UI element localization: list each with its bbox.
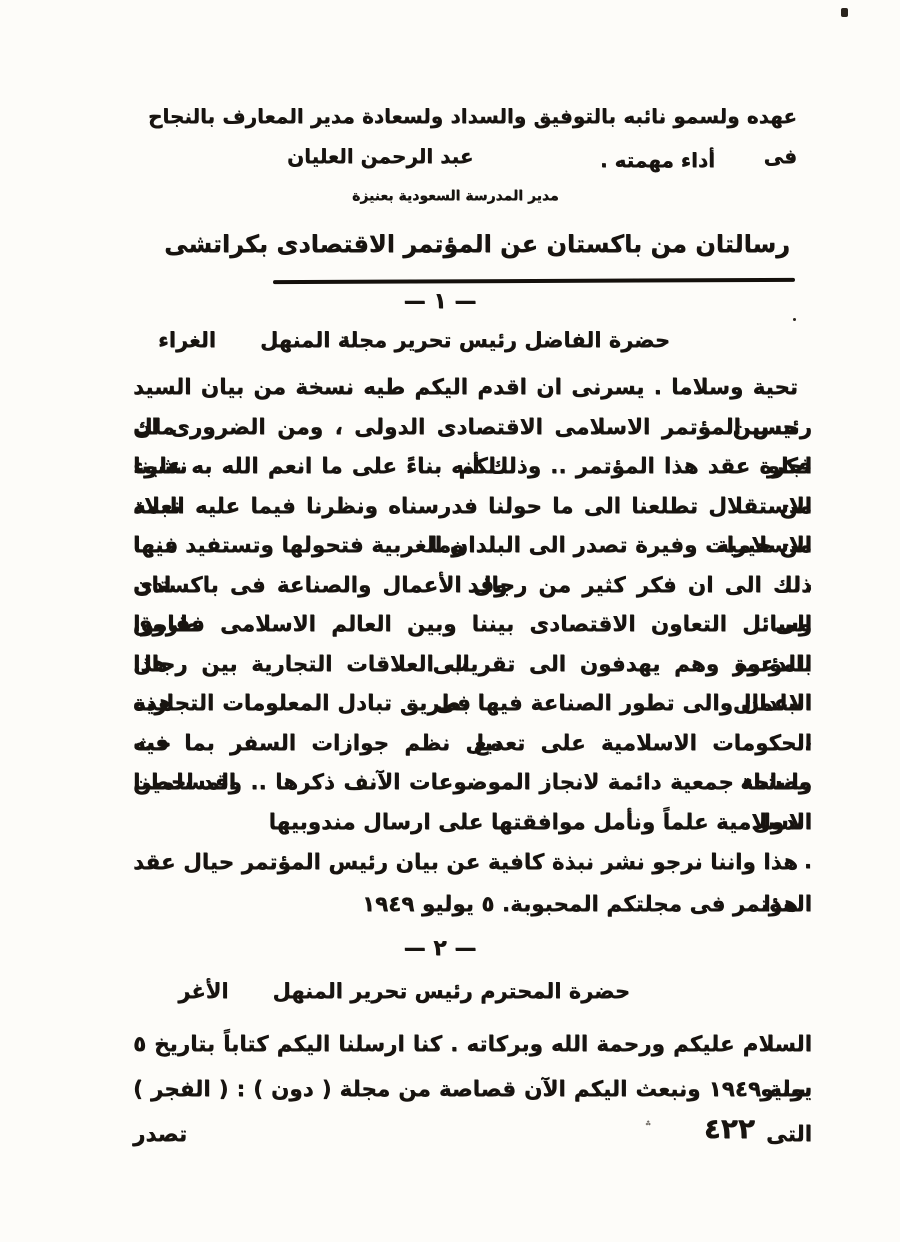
letter-2-salutation-main: حضرة المحترم رئيس تحرير المنهل [273,979,630,1003]
letter-2-body-line: سنة ١٩٤٩ ونبعث اليكم الآن قصاصة من مجلة … [133,1067,812,1112]
title-underline [273,278,795,284]
letter-1-date-line: المؤتمر فى مجلتكم المحبوبة. ٥ يوليو ١٩٤٩ [133,884,812,926]
letter-1-body-line: تحية وسلاما . يسرنى ان اقدم اليكم طيه نس… [133,368,812,408]
letter-1-salutation: حضرة الفاضل رئيس تحرير مجلة المنهلالغراء [158,328,670,352]
signature-name: عبد الرحمن العليان [287,144,474,168]
scan-speckle [841,8,848,17]
scan-ink-marks: ؞ [644,1120,652,1135]
signature-role: مدير المدرسة السعودية بعنيزة [352,188,559,204]
scanned-document-page: عهده ولسمو نائبه بالتوفيق والسداد ولسعاد… [0,0,900,1242]
letter-1-body-line: الحكومات الاسلامية على تعديل نظم جوازات … [133,724,812,764]
letter-1-body-line: رئيس المؤتمر الاسلامى الاقتصادى الدولى ،… [133,408,812,448]
scan-speckle [793,318,796,321]
letter-1-body-line: المؤتمر وهم يهدفون الى تقريب العلاقات ال… [133,645,812,685]
letter-2-body: السلام عليكم ورحمة الله وبركاته . كنا ار… [133,1022,812,1112]
letter-1-body: تحية وسلاما . يسرنى ان اقدم اليكم طيه نس… [133,368,812,842]
section-1-marker: — ١ — [100,289,780,314]
letter-1-body-line: الاستقلال تطلعنا الى ما حولنا فدرسناه ون… [133,487,812,527]
letter-1-body-line: البلدان والى تطور الصناعة فيها بطريق تبا… [133,684,812,724]
letter-1-body-line: الاسلامية علماً ونأمل موافقتها على ارسال… [133,803,812,843]
scan-speckle [344,336,348,340]
letter-1-body-line: ذلك الى ان فكر كثير من رجال الأعمال والص… [133,566,812,606]
letter-1-salutation-main: حضرة الفاضل رئيس تحرير مجلة المنهل [260,328,670,352]
page-number: ٤٢٢ [704,1112,755,1145]
section-2-marker: — ٢ — [100,936,780,961]
letter-1-body-line: وانشاء جمعية دائمة لانجاز الموضوعات الآن… [133,763,812,803]
previous-article-closing-continuation: أداء مهمته . [600,148,715,172]
letter-1-body-line: فكرة عقد هذا المؤتمر .. وذلك أنه بناءً ع… [133,447,812,487]
letter-1-body-line: من خيرات وفيرة تصدر الى البلدان الغربية … [133,526,812,566]
letter-2-salutation-honorific: الأغر [178,979,228,1003]
letter-2-body-line: السلام عليكم ورحمة الله وبركاته . كنا ار… [133,1022,812,1067]
article-title: رسالتان من باكستان عن المؤتمر الاقتصادى … [164,230,790,258]
letter-2-salutation: حضرة المحترم رئيس تحرير المنهلالأغر [178,979,630,1003]
letter-1-salutation-honorific: الغراء [158,328,216,352]
letter-1-closing-line: هذا واننا نرجو نشر نبذة كافية عن بيان رئ… [133,842,812,884]
letter-1-body-line: وسائل التعاون الاقتصادى بيننا وبين العال… [133,605,812,645]
letter-1-closing: هذا واننا نرجو نشر نبذة كافية عن بيان رئ… [133,842,812,926]
